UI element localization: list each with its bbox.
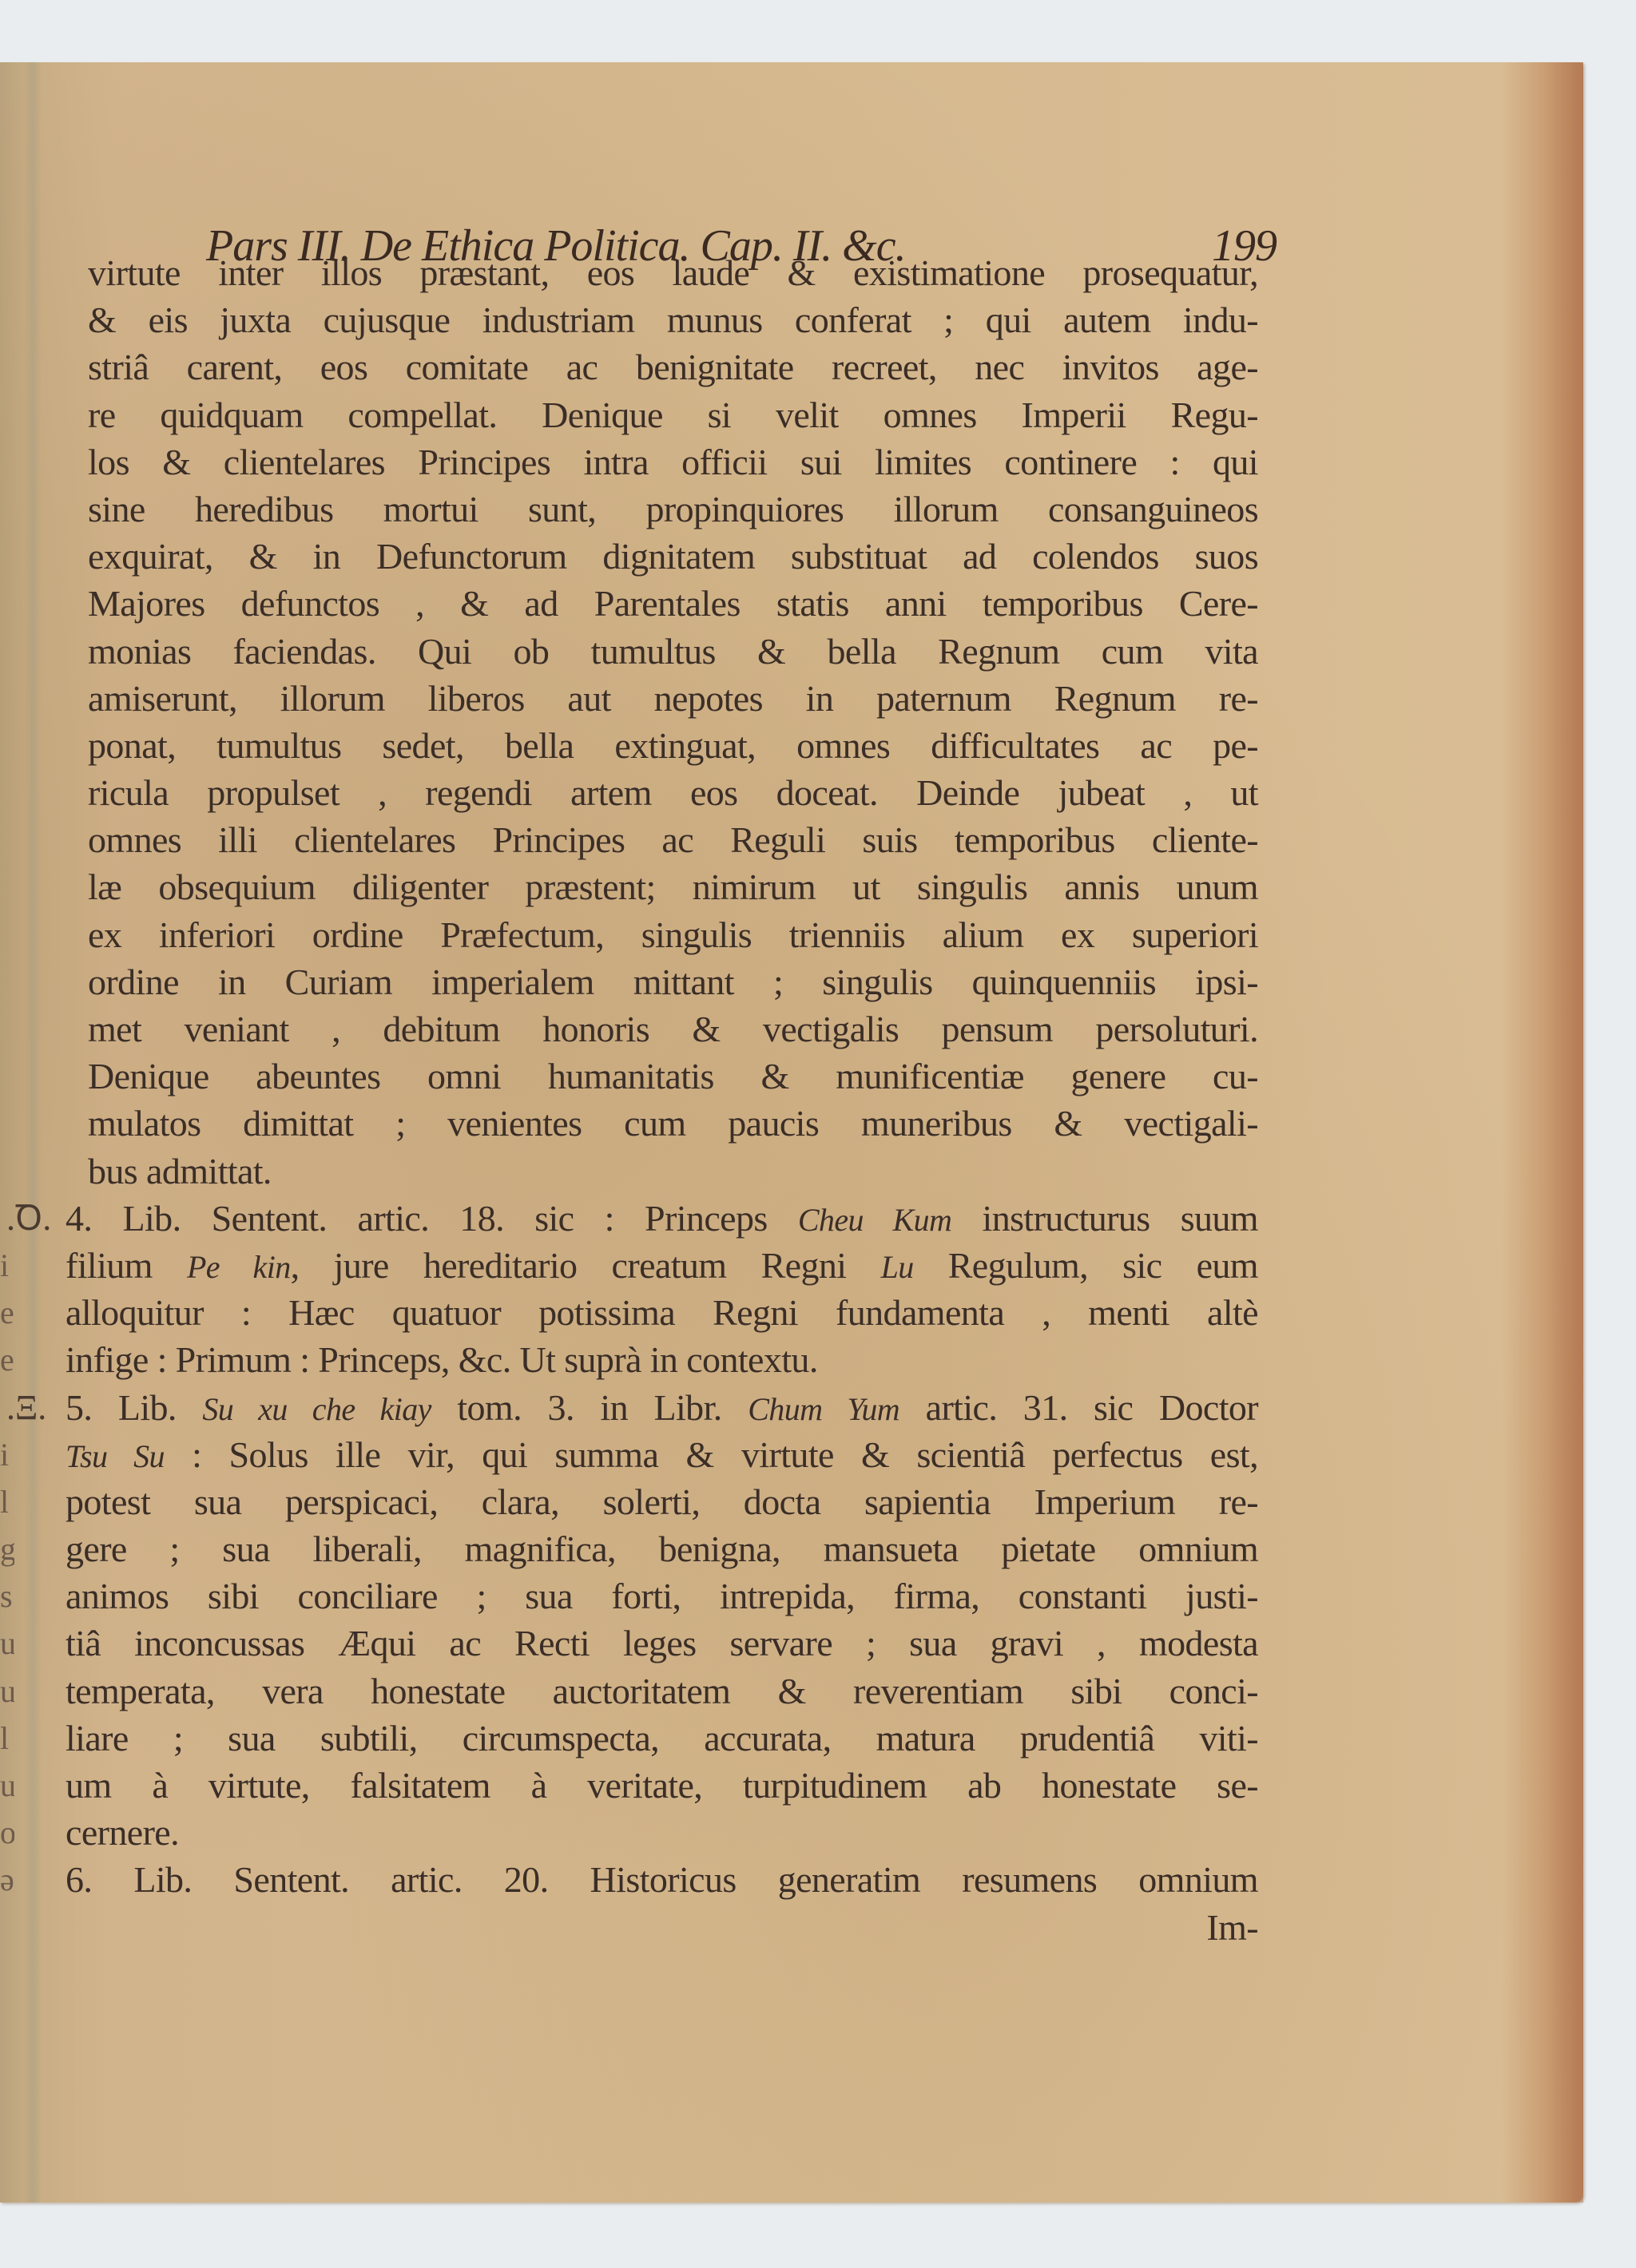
text-line: læ obsequium diligenter præstent; nimiru… bbox=[0, 863, 1358, 910]
page-edge bbox=[1547, 62, 1583, 2203]
note-line: l liare ; sua subtili, circumspecta, acc… bbox=[0, 1715, 1358, 1762]
text-line: monias faciendas. Qui ob tumultus & bell… bbox=[0, 628, 1358, 675]
text-line: met veniant , debitum honoris & vectigal… bbox=[0, 1005, 1358, 1053]
text-line: bus admittat. bbox=[0, 1148, 1358, 1195]
note-line: u temperata, vera honestate auctoritatem… bbox=[0, 1667, 1358, 1715]
catchword: Im- bbox=[88, 1904, 1258, 1951]
text-line: & eis juxta cujusque industriam munus co… bbox=[0, 296, 1358, 343]
note-line: .Ξ. 5. Lib. Su xu che kiay tom. 3. in Li… bbox=[0, 1384, 1358, 1431]
text-line: exquirat, & in Defunctorum dignitatem su… bbox=[0, 533, 1358, 580]
text-line: amiserunt, illorum liberos aut nepotes i… bbox=[0, 675, 1358, 722]
note-line: e infige : Primum : Princeps, &c. Ut sup… bbox=[0, 1336, 1358, 1383]
note-line: i filium Pe kin, jure hereditario creatu… bbox=[0, 1242, 1358, 1289]
text-line: los & clientelares Principes intra offic… bbox=[0, 438, 1358, 486]
catchword-line: Im- bbox=[0, 1904, 1358, 1951]
text-line: striâ carent, eos comitate ac benignitat… bbox=[0, 343, 1358, 391]
text-line: mulatos dimittat ; venientes cum paucis … bbox=[0, 1100, 1358, 1147]
note-marker: .Ξ. bbox=[6, 1384, 62, 1431]
text-line: Denique abeuntes omni humanitatis & muni… bbox=[0, 1053, 1358, 1100]
note-line: .Ꝺ. 4. Lib. Sentent. artic. 18. sic : Pr… bbox=[0, 1195, 1358, 1242]
note-line: l potest sua perspicaci, clara, solerti,… bbox=[0, 1478, 1358, 1525]
text-line: ordine in Curiam imperialem mittant ; si… bbox=[0, 958, 1358, 1005]
note-line: ə 6. Lib. Sentent. artic. 20. Historicus… bbox=[0, 1856, 1358, 1903]
note-marker: .Ꝺ. bbox=[6, 1195, 62, 1242]
text-line: omnes illi clientelares Principes ac Reg… bbox=[0, 816, 1358, 863]
note-line: e alloquitur : Hæc quatuor potissima Reg… bbox=[0, 1289, 1358, 1336]
text-line: ricula propulset , regendi artem eos doc… bbox=[0, 769, 1358, 816]
text-line: sine heredibus mortui sunt, propinquiore… bbox=[0, 486, 1358, 533]
text-line: virtute inter illos præstant, eos laude … bbox=[0, 249, 1358, 296]
text-line: ponat, tumultus sedet, bella extinguat, … bbox=[0, 722, 1358, 769]
note-line: u tiâ inconcussas Æqui ac Recti leges se… bbox=[0, 1620, 1358, 1667]
body-text: virtute inter illos præstant, eos laude … bbox=[0, 249, 1358, 1951]
note-line: i Tsu Su : Solus ille vir, qui summa & v… bbox=[0, 1431, 1358, 1478]
note-line: g gere ; sua liberali, magnifica, benign… bbox=[0, 1525, 1358, 1572]
text-line: ex inferiori ordine Præfectum, singulis … bbox=[0, 911, 1358, 958]
text-line: Majores defunctos , & ad Parentales stat… bbox=[0, 580, 1358, 627]
note-line: s animos sibi conciliare ; sua forti, in… bbox=[0, 1572, 1358, 1620]
note-line: u um à virtute, falsitatem à veritate, t… bbox=[0, 1762, 1358, 1809]
note-line: o cernere. bbox=[0, 1809, 1358, 1856]
text-line: re quidquam compellat. Denique si velit … bbox=[0, 391, 1358, 438]
